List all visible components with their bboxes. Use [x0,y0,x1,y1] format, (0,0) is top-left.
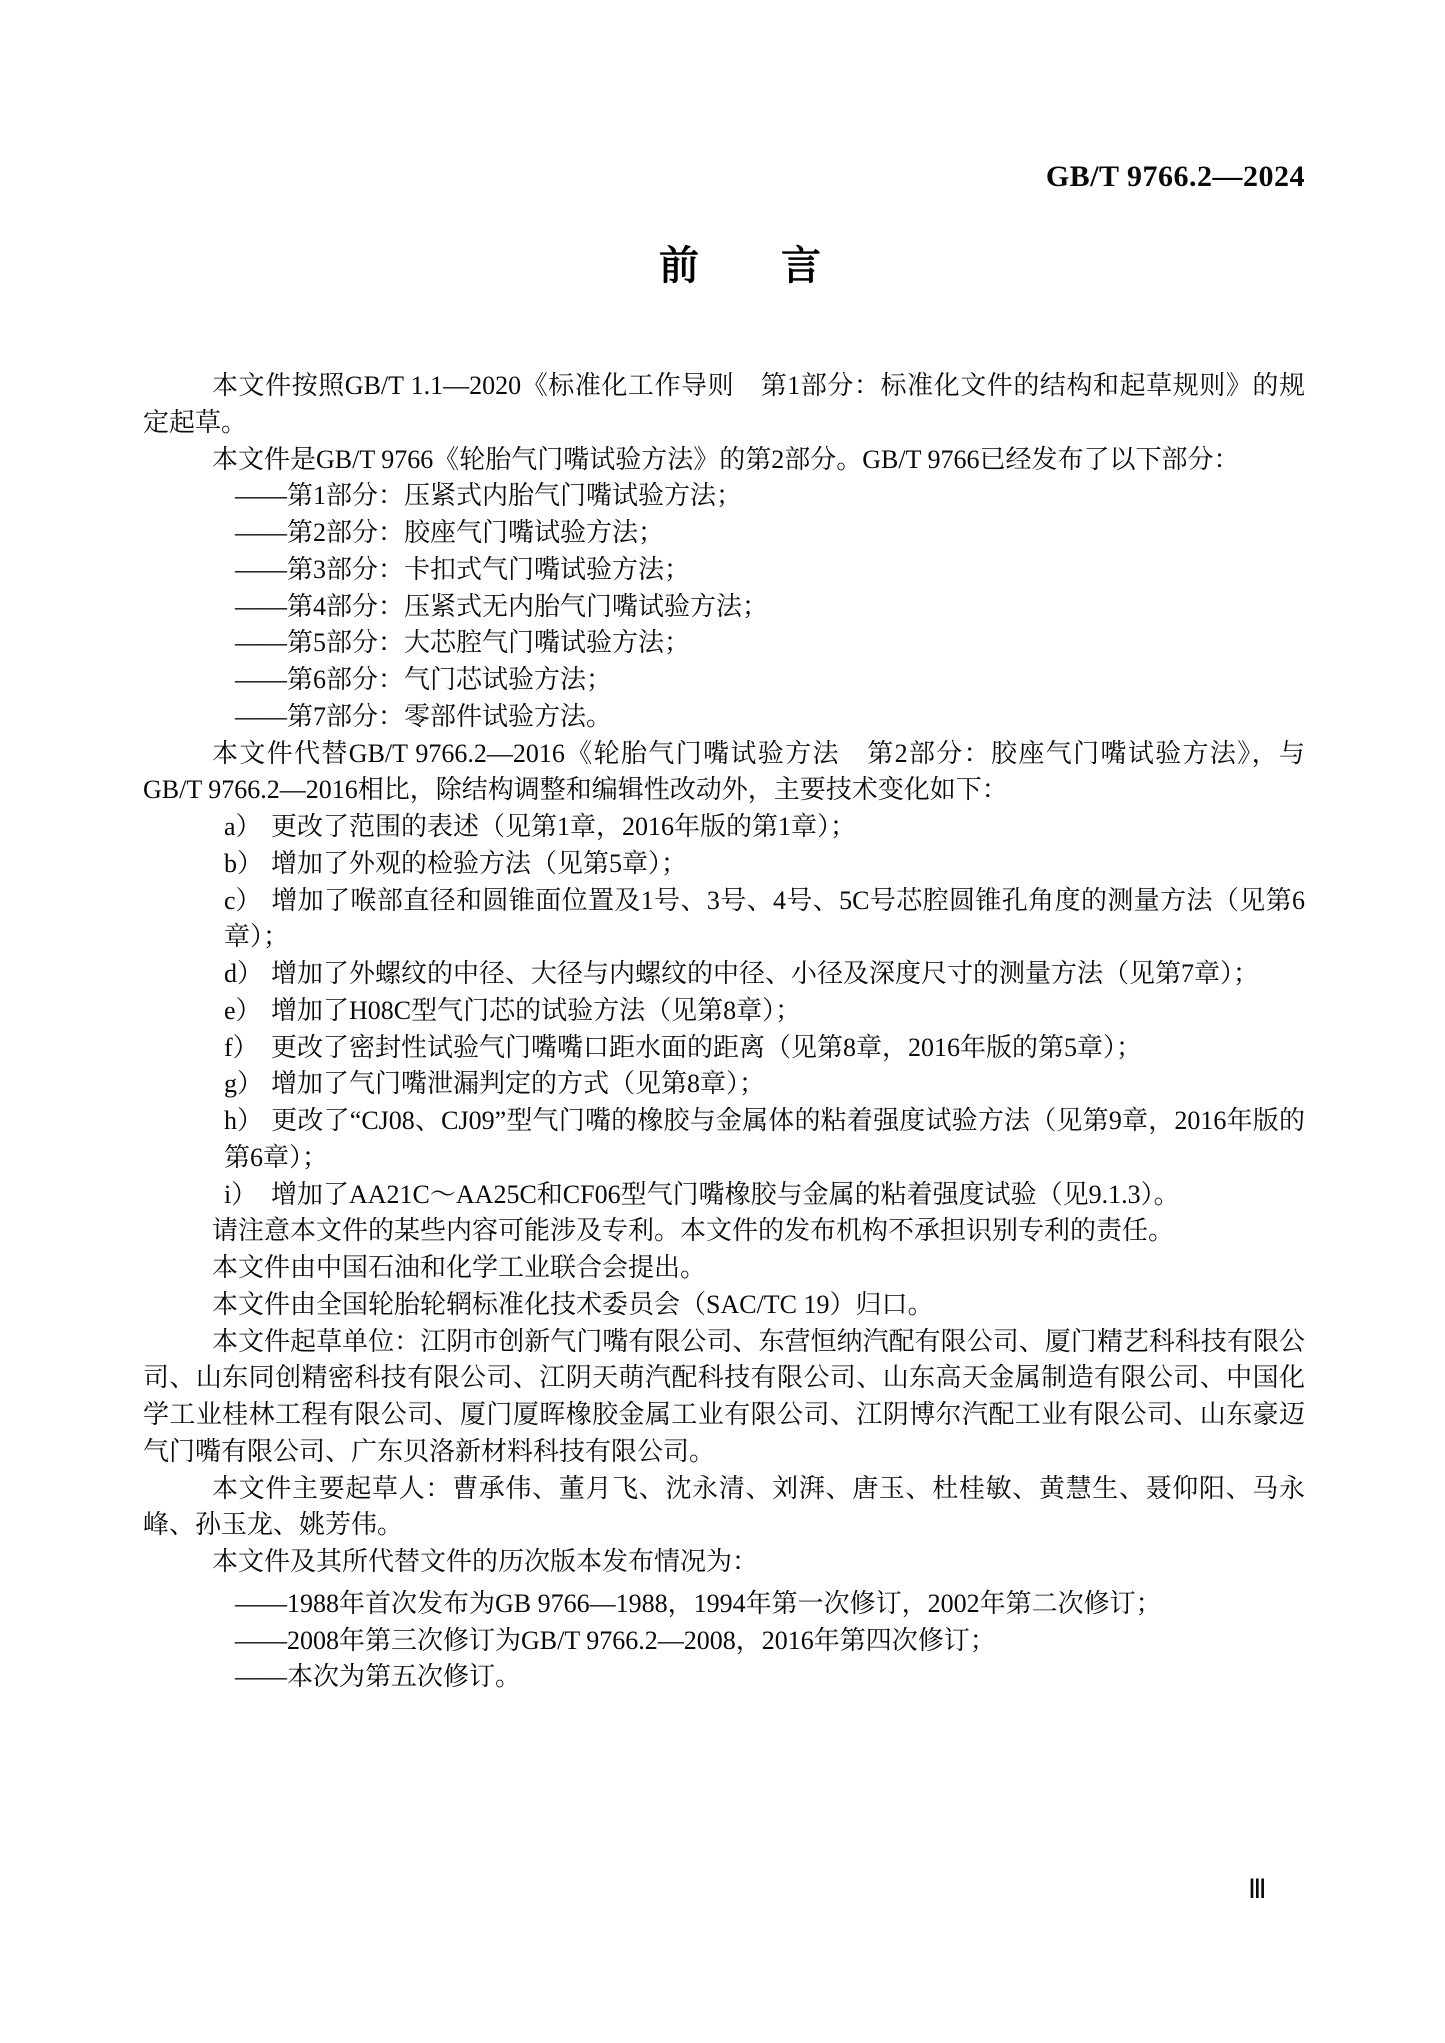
change-text: 更改了密封性试验气门嘴嘴口距水面的距离（见第8章，2016年版的第5章）； [271,1033,1142,1062]
change-label: a） [224,809,271,846]
foreword-body: 本文件按照GB/T 1.1—2020《标准化工作导则 第1部分：标准化文件的结构… [143,368,1305,1696]
change-list-item: d）增加了外螺纹的中径、大径与内螺纹的中径、小径及深度尺寸的测量方法（见第7章）… [143,956,1305,993]
history-list-item: ——1988年首次发布为GB 9766—1988，1994年第一次修订，2002… [143,1586,1305,1623]
parts-list-item: ——第2部分：胶座气门嘴试验方法； [143,515,1305,552]
change-label: f） [224,1030,271,1067]
history-list-item: ——2008年第三次修订为GB/T 9766.2—2008，2016年第四次修订… [143,1623,1305,1660]
change-list-item: b）增加了外观的检验方法（见第5章）； [143,846,1305,883]
change-text: 增加了外观的检验方法（见第5章）； [271,849,687,878]
para-patent-note: 请注意本文件的某些内容可能涉及专利。本文件的发布机构不承担识别专利的责任。 [143,1213,1305,1250]
change-list-item: i）增加了AA21C～AA25C和CF06型气门嘴橡胶与金属的粘着强度试验（见9… [143,1177,1305,1214]
change-text: 更改了“CJ08、CJ09”型气门嘴的橡胶与金属体的粘着强度试验方法（见第9章，… [224,1106,1305,1172]
para-drafting-organizations: 本文件起草单位：江阴市创新气门嘴有限公司、东营恒纳汽配有限公司、厦门精艺科科技有… [143,1324,1305,1471]
para-main-drafters: 本文件主要起草人：曹承伟、董月飞、沈永清、刘湃、唐玉、杜桂敏、黄慧生、聂仰阳、马… [143,1471,1305,1545]
change-text: 更改了范围的表述（见第1章，2016年版的第1章）； [271,812,856,841]
parts-list-item: ——第3部分：卡扣式气门嘴试验方法； [143,552,1305,589]
para-series-intro: 本文件是GB/T 9766《轮胎气门嘴试验方法》的第2部分。GB/T 9766已… [143,442,1305,479]
change-list-item: g）增加了气门嘴泄漏判定的方式（见第8章）； [143,1066,1305,1103]
change-text: 增加了AA21C～AA25C和CF06型气门嘴橡胶与金属的粘着强度试验（见9.1… [271,1180,1180,1209]
para-history-intro: 本文件及其所代替文件的历次版本发布情况为： [143,1544,1305,1581]
page-title-char1: 前 [659,244,699,288]
change-text: 增加了气门嘴泄漏判定的方式（见第8章）； [271,1069,765,1098]
doc-number: GB/T 9766.2—2024 [1046,160,1305,194]
change-text: 增加了外螺纹的中径、大径与内螺纹的中径、小径及深度尺寸的测量方法（见第7章）； [271,959,1259,988]
change-label: c） [224,883,271,920]
change-label: i） [224,1177,271,1214]
parts-list-item: ——第4部分：压紧式无内胎气门嘴试验方法； [143,589,1305,626]
change-list-item: e）增加了H08C型气门芯的试验方法（见第8章）； [143,993,1305,1030]
change-label: b） [224,846,271,883]
para-replacement: 本文件代替GB/T 9766.2—2016《轮胎气门嘴试验方法 第2部分：胶座气… [143,736,1305,810]
change-list-item: c）增加了喉部直径和圆锥面位置及1号、3号、4号、5C号芯腔圆锥孔角度的测量方法… [143,883,1305,957]
history-list-item: ——本次为第五次修订。 [143,1659,1305,1696]
change-list-item: a）更改了范围的表述（见第1章，2016年版的第1章）； [143,809,1305,846]
parts-list-item: ——第7部分：零部件试验方法。 [143,699,1305,736]
change-text: 增加了喉部直径和圆锥面位置及1号、3号、4号、5C号芯腔圆锥孔角度的测量方法（见… [224,886,1305,952]
change-label: g） [224,1066,271,1103]
change-text: 增加了H08C型气门芯的试验方法（见第8章）； [271,996,801,1025]
para-drafting-basis: 本文件按照GB/T 1.1—2020《标准化工作导则 第1部分：标准化文件的结构… [143,368,1305,442]
document-page: GB/T 9766.2—2024 前言 本文件按照GB/T 1.1—2020《标… [0,0,1445,2043]
page-number: Ⅲ [1248,1874,1267,1905]
change-list-item: h）更改了“CJ08、CJ09”型气门嘴的橡胶与金属体的粘着强度试验方法（见第9… [143,1103,1305,1177]
page-title: 前言 [159,242,1321,290]
parts-list-item: ——第6部分：气门芯试验方法； [143,662,1305,699]
para-proposed-by: 本文件由中国石油和化学工业联合会提出。 [143,1250,1305,1287]
parts-list-item: ——第5部分：大芯腔气门嘴试验方法； [143,625,1305,662]
parts-list-item: ——第1部分：压紧式内胎气门嘴试验方法； [143,478,1305,515]
change-label: d） [224,956,271,993]
change-label: e） [224,993,271,1030]
change-label: h） [224,1103,271,1140]
para-centralized-by: 本文件由全国轮胎轮辋标准化技术委员会（SAC/TC 19）归口。 [143,1287,1305,1324]
change-list-item: f）更改了密封性试验气门嘴嘴口距水面的距离（见第8章，2016年版的第5章）； [143,1030,1305,1067]
page-title-char2: 言 [781,244,821,288]
